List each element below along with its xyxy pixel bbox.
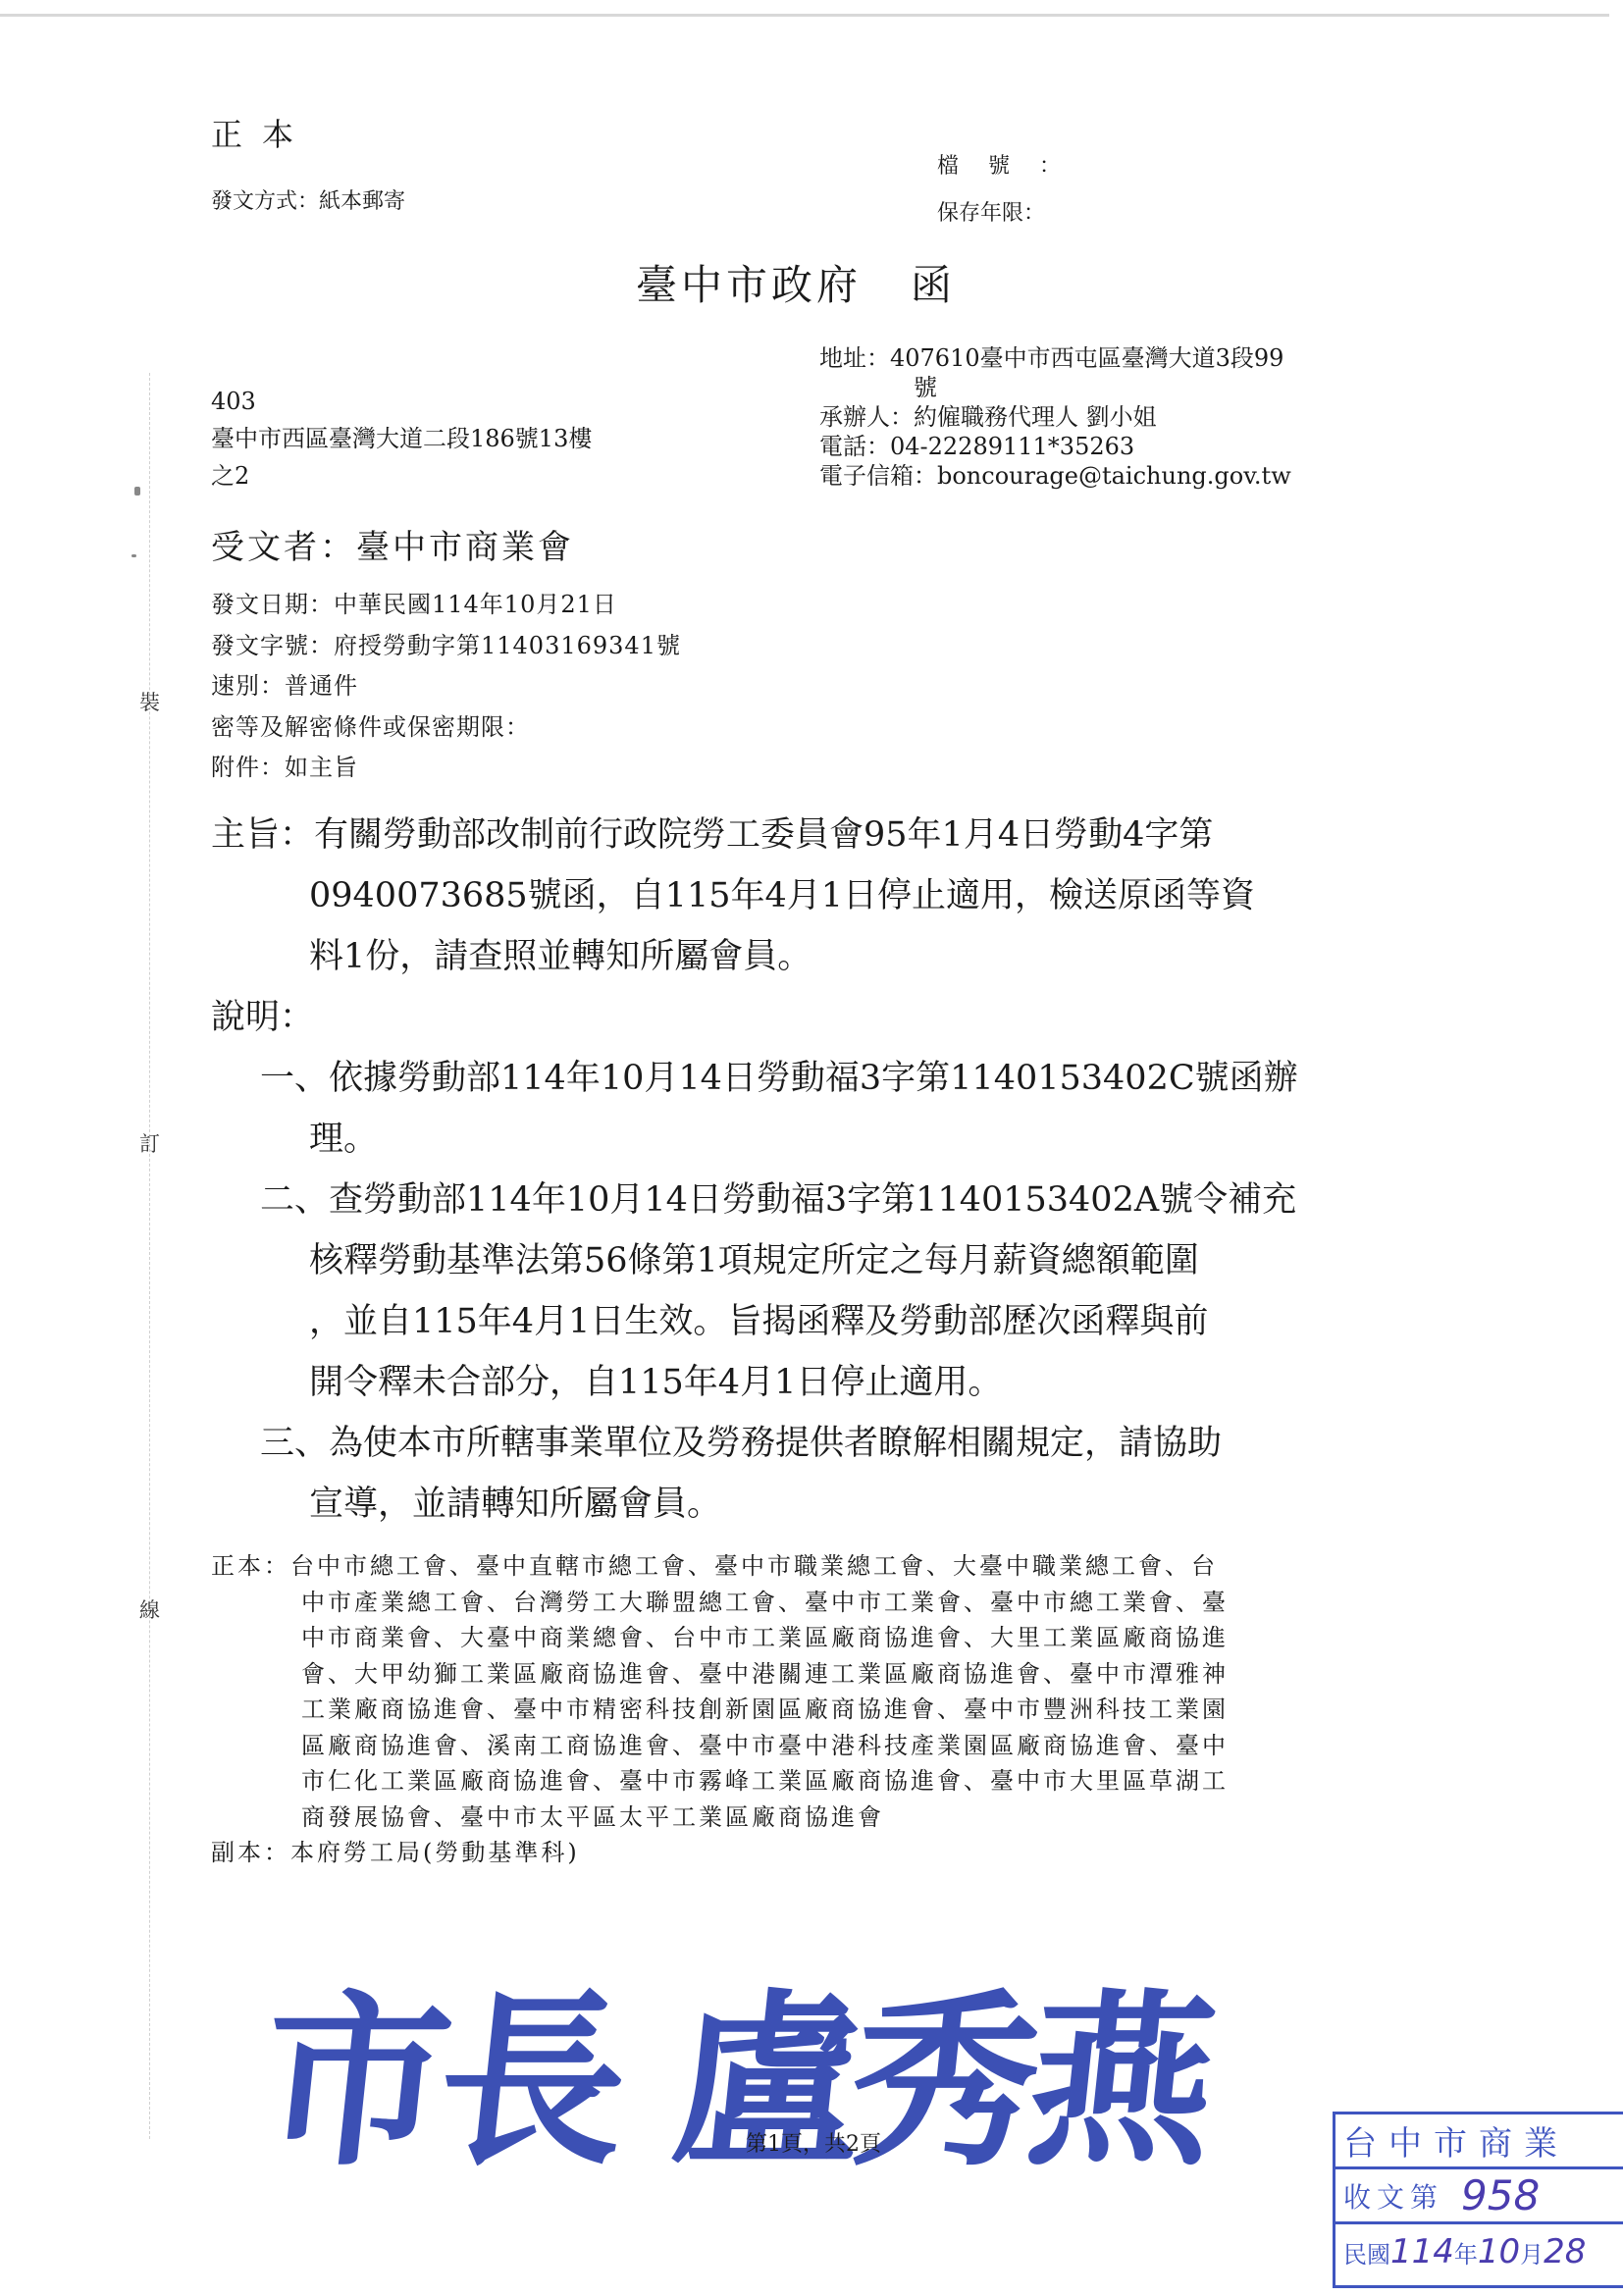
explanation-line: 開令釋未合部分，自115年4月1日停止適用。 [211, 1352, 1457, 1413]
stamp-year: 114 [1390, 2232, 1454, 2271]
issue-date: 發文日期：中華民國114年10月21日 [211, 585, 681, 626]
sender-handler: 承辦人：約僱職務代理人 劉小姐 [819, 402, 1291, 432]
subject-label: 主旨： [211, 815, 314, 855]
document-title: 臺中市政府函 [636, 253, 956, 312]
reference-number: 發文字號：府授勞動字第11403169341號 [211, 626, 681, 667]
stamp-number-row: 收文第 958 [1335, 2169, 1623, 2224]
stamp-day: 28 [1544, 2232, 1586, 2271]
sender-address: 地址：407610臺中市西屯區臺灣大道3段99 [819, 343, 1291, 373]
explanation-item: 二、查勞動部114年10月14日勞動福3字第1140153402A號令補充 [211, 1170, 1457, 1230]
original-label: 正本： [211, 1552, 290, 1580]
stamp-received-label: 收文第 [1343, 2176, 1443, 2216]
subject-line: 0940073685號函，自115年4月1日停止適用，檢送原函等資 [211, 865, 1457, 926]
mayor-signature: 市長盧秀燕 [251, 1933, 1222, 2201]
file-number-label: 檔號 [937, 154, 1039, 179]
binding-mark-zhuang: 裝 [139, 687, 160, 716]
binding-dashed-line [149, 373, 150, 2139]
stamp-date-row: 民國 114 年 10 月 28 [1335, 2224, 1623, 2279]
explanation-item: 三、為使本市所轄事業單位及勞務提供者瞭解相關規定，請協助 [211, 1413, 1457, 1474]
document-body: 主旨：有關勞動部改制前行政院勞工委員會95年1月4日勞動4字第 09400736… [211, 805, 1457, 1535]
stamp-org: 台中市商業 [1343, 2116, 1569, 2165]
signature-name: 盧秀燕 [664, 1972, 1217, 2191]
scan-smudge [131, 554, 136, 557]
document-type: 函 [911, 261, 956, 309]
explanation-line: 核釋勞動基準法第56條第1項規定所定之每月薪資總額範圍 [211, 1230, 1457, 1291]
sender-address-cont: 號 [819, 373, 1291, 402]
item-marker: 一、 [260, 1059, 329, 1098]
distribution-copy: 副本：本府勞工局(勞動基準科) [211, 1835, 1229, 1871]
signature-title: 市長 [252, 1972, 628, 2191]
sender-email[interactable]: 電子信箱：boncourage@taichung.gov.tw [819, 461, 1291, 491]
recipient-address-line: 之2 [211, 457, 721, 495]
recipient-address: 403 臺中市西區臺灣大道二段186號13樓 之2 [211, 383, 721, 495]
explanation-line: 宣導，並請轉知所屬會員。 [211, 1474, 1457, 1535]
issuing-org: 臺中市政府 [636, 261, 862, 309]
distribution-list: 正本：台中市總工會、臺中直轄市總工會、臺中市職業總工會、大臺中職業總工會、台 中… [211, 1548, 1229, 1871]
stamp-org-row: 台中市商業 [1335, 2114, 1623, 2169]
explanation-line: 理。 [211, 1109, 1457, 1170]
speed-class: 速別：普通件 [211, 666, 681, 707]
stamp-month: 10 [1478, 2232, 1520, 2271]
distribution-original: 正本：台中市總工會、臺中直轄市總工會、臺中市職業總工會、大臺中職業總工會、台 [211, 1548, 1229, 1585]
binding-mark-ding: 訂 [139, 1128, 160, 1158]
stamp-received-number: 958 [1461, 2171, 1540, 2219]
scan-top-border [0, 14, 1609, 17]
copy-label: 副本： [211, 1839, 290, 1866]
explanation-line: ，並自115年4月1日生效。旨揭函釋及勞動部歷次函釋與前 [211, 1291, 1457, 1352]
item-marker: 二、 [260, 1180, 329, 1220]
scan-smudge [134, 487, 140, 496]
attachment: 附件：如主旨 [211, 748, 681, 789]
sender-phone: 電話：04-22289111*35263 [819, 432, 1291, 461]
receipt-stamp: 台中市商業 收文第 958 民國 114 年 10 月 28 [1333, 2112, 1623, 2288]
subject-line: 主旨：有關勞動部改制前行政院勞工委員會95年1月4日勞動4字第 [211, 805, 1457, 865]
subject-line: 料1份，請查照並轉知所屬會員。 [211, 926, 1457, 987]
explanation-item: 一、依據勞動部114年10月14日勞動福3字第1140153402C號函辦 [211, 1048, 1457, 1109]
copy-type: 正本 [211, 110, 313, 155]
document-meta: 發文日期：中華民國114年10月21日 發文字號：府授勞動字第114031693… [211, 585, 681, 789]
confidentiality: 密等及解密條件或保密期限： [211, 707, 681, 749]
file-number: 檔號： [937, 149, 1061, 180]
binding-mark-xian: 線 [139, 1594, 160, 1624]
recipient-postcode: 403 [211, 383, 721, 420]
recipient: 受文者：臺中市商業會 [211, 520, 574, 568]
retention-period: 保存年限： [937, 196, 1045, 227]
sender-contact-block: 地址：407610臺中市西屯區臺灣大道3段99 號 承辦人：約僱職務代理人 劉小… [819, 343, 1291, 491]
recipient-address-line: 臺中市西區臺灣大道二段186號13樓 [211, 420, 721, 457]
explanation-label: 說明： [211, 987, 1457, 1048]
page-indicator: 第1頁，共2頁 [746, 2127, 881, 2158]
item-marker: 三、 [260, 1424, 329, 1463]
send-method: 發文方式：紙本郵寄 [211, 184, 405, 215]
